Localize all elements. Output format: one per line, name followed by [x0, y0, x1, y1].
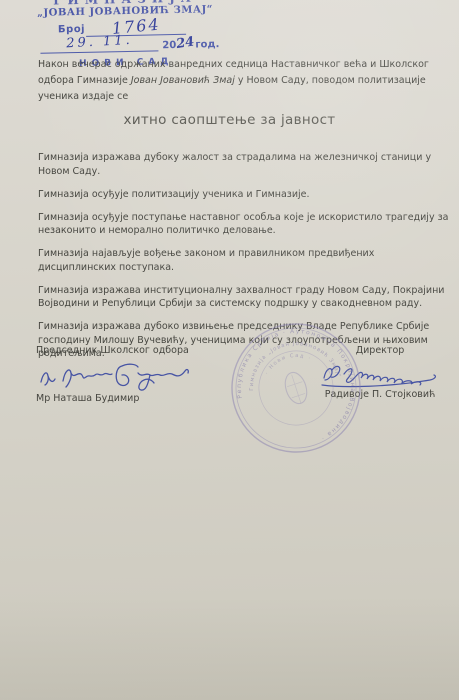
president-signature-ink: [36, 359, 206, 393]
paragraph-4: Гимназија најављује вођење законом и пра…: [38, 247, 450, 274]
paragraph-2: Гимназија осуђује политизацију ученика и…: [38, 188, 450, 202]
official-round-seal: Република Србија · Аутономна Покрајина В…: [226, 318, 366, 458]
president-role-label: Председник Школског одбора: [36, 344, 216, 358]
stamp-date-line: 29. 11.: [40, 33, 158, 53]
stamp-date-row: 29. 11. 2024год.: [28, 35, 223, 57]
intro-school-name-italic: Јован Јовановић Змај: [131, 75, 235, 86]
stamp-date-handwritten: 29. 11.: [66, 33, 133, 52]
paragraph-3: Гимназија осуђује поступање наставног ос…: [38, 211, 450, 238]
stamp-date-year-group: 2024год.: [162, 36, 219, 52]
signature-block-president: Председник Школског одбора Мр Наташа Буд…: [36, 344, 216, 405]
document-title: хитно саопштење за јавност: [0, 112, 459, 128]
president-name: Мр Наташа Будимир: [36, 393, 216, 405]
stamp-number-label: Број: [58, 24, 85, 36]
stamp-date-suffix: год.: [195, 39, 219, 50]
paragraph-5: Гимназија изражава институционалну захва…: [38, 284, 450, 311]
stamp-date-year-handwritten: 24: [175, 34, 195, 52]
paragraph-1: Гимназија изражава дубоку жалост за стра…: [38, 151, 450, 178]
document-page: ГИМНАЗИЈА „ЈОВАН ЈОВАНОВИЋ ЗМАЈ“ Број 17…: [0, 0, 459, 700]
stamp-date-century: 20: [162, 40, 176, 51]
intro-paragraph: Након вечерас одржаних ванредних седница…: [38, 57, 446, 105]
